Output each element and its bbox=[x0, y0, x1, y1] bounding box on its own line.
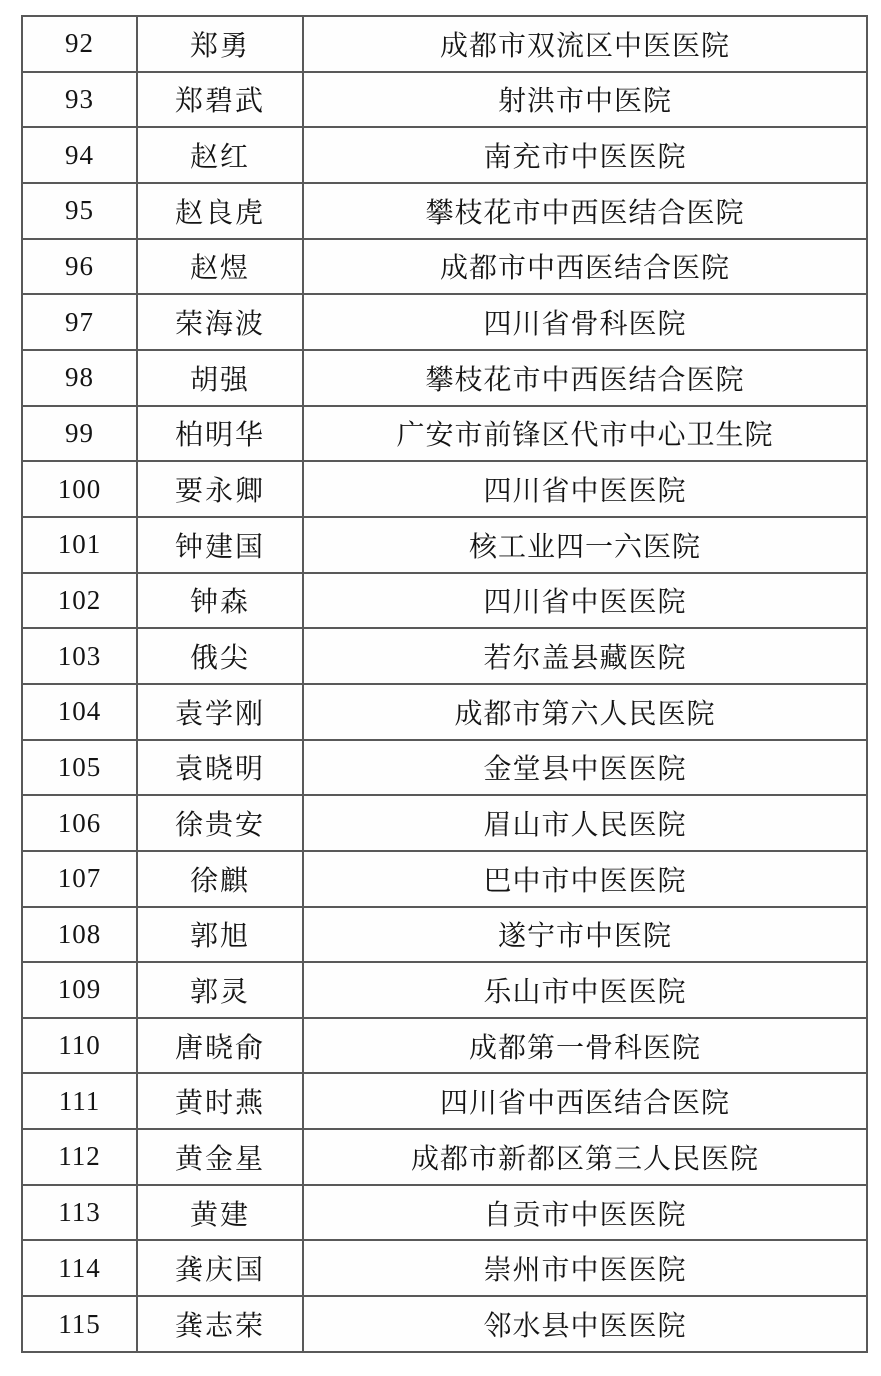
row-number-cell: 103 bbox=[22, 628, 137, 684]
table-row: 104 袁学刚 成都市第六人民医院 bbox=[22, 684, 867, 740]
table-row: 98 胡强 攀枝花市中西医结合医院 bbox=[22, 350, 867, 406]
name-cell: 郭旭 bbox=[137, 907, 303, 963]
name-cell: 郑勇 bbox=[137, 16, 303, 72]
row-number-cell: 109 bbox=[22, 962, 137, 1018]
table-row: 99 柏明华 广安市前锋区代市中心卫生院 bbox=[22, 406, 867, 462]
name-cell: 袁学刚 bbox=[137, 684, 303, 740]
row-number-cell: 96 bbox=[22, 239, 137, 295]
hospital-cell: 邻水县中医医院 bbox=[303, 1296, 867, 1352]
hospital-cell: 成都市第六人民医院 bbox=[303, 684, 867, 740]
row-number-cell: 93 bbox=[22, 72, 137, 128]
name-cell: 徐贵安 bbox=[137, 795, 303, 851]
row-number-cell: 115 bbox=[22, 1296, 137, 1352]
table-row: 94 赵红 南充市中医医院 bbox=[22, 127, 867, 183]
row-number-cell: 101 bbox=[22, 517, 137, 573]
row-number-cell: 97 bbox=[22, 294, 137, 350]
row-number-cell: 95 bbox=[22, 183, 137, 239]
hospital-cell: 成都市双流区中医医院 bbox=[303, 16, 867, 72]
hospital-cell: 金堂县中医医院 bbox=[303, 740, 867, 796]
table-row: 108 郭旭 遂宁市中医院 bbox=[22, 907, 867, 963]
name-cell: 袁晓明 bbox=[137, 740, 303, 796]
table-row: 114 龚庆国 崇州市中医医院 bbox=[22, 1240, 867, 1296]
row-number-cell: 106 bbox=[22, 795, 137, 851]
name-cell: 唐晓俞 bbox=[137, 1018, 303, 1074]
hospital-cell: 自贡市中医医院 bbox=[303, 1185, 867, 1241]
hospital-cell: 攀枝花市中西医结合医院 bbox=[303, 183, 867, 239]
table-row: 92 郑勇 成都市双流区中医医院 bbox=[22, 16, 867, 72]
row-number-cell: 112 bbox=[22, 1129, 137, 1185]
table-row: 113 黄建 自贡市中医医院 bbox=[22, 1185, 867, 1241]
hospital-cell: 核工业四一六医院 bbox=[303, 517, 867, 573]
name-cell: 荣海波 bbox=[137, 294, 303, 350]
name-cell: 郑碧武 bbox=[137, 72, 303, 128]
name-cell: 俄尖 bbox=[137, 628, 303, 684]
hospital-cell: 遂宁市中医院 bbox=[303, 907, 867, 963]
row-number-cell: 98 bbox=[22, 350, 137, 406]
hospital-cell: 四川省中医医院 bbox=[303, 573, 867, 629]
hospital-cell: 射洪市中医院 bbox=[303, 72, 867, 128]
hospital-cell: 广安市前锋区代市中心卫生院 bbox=[303, 406, 867, 462]
table-row: 115 龚志荣 邻水县中医医院 bbox=[22, 1296, 867, 1352]
name-cell: 黄时燕 bbox=[137, 1073, 303, 1129]
row-number-cell: 111 bbox=[22, 1073, 137, 1129]
row-number-cell: 110 bbox=[22, 1018, 137, 1074]
name-cell: 柏明华 bbox=[137, 406, 303, 462]
name-cell: 郭灵 bbox=[137, 962, 303, 1018]
hospital-cell: 四川省中西医结合医院 bbox=[303, 1073, 867, 1129]
table-row: 112 黄金星 成都市新都区第三人民医院 bbox=[22, 1129, 867, 1185]
table-row: 109 郭灵 乐山市中医医院 bbox=[22, 962, 867, 1018]
hospital-cell: 若尔盖县藏医院 bbox=[303, 628, 867, 684]
hospital-cell: 成都市中西医结合医院 bbox=[303, 239, 867, 295]
roster-table: 92 郑勇 成都市双流区中医医院 93 郑碧武 射洪市中医院 94 赵红 南充市… bbox=[21, 15, 868, 1353]
name-cell: 黄建 bbox=[137, 1185, 303, 1241]
hospital-cell: 南充市中医医院 bbox=[303, 127, 867, 183]
table-body: 92 郑勇 成都市双流区中医医院 93 郑碧武 射洪市中医院 94 赵红 南充市… bbox=[22, 16, 867, 1352]
table-row: 100 要永卿 四川省中医医院 bbox=[22, 461, 867, 517]
hospital-cell: 攀枝花市中西医结合医院 bbox=[303, 350, 867, 406]
name-cell: 钟建国 bbox=[137, 517, 303, 573]
row-number-cell: 100 bbox=[22, 461, 137, 517]
table-row: 110 唐晓俞 成都第一骨科医院 bbox=[22, 1018, 867, 1074]
page: 92 郑勇 成都市双流区中医医院 93 郑碧武 射洪市中医院 94 赵红 南充市… bbox=[0, 0, 881, 1376]
name-cell: 胡强 bbox=[137, 350, 303, 406]
name-cell: 赵红 bbox=[137, 127, 303, 183]
table-row: 101 钟建国 核工业四一六医院 bbox=[22, 517, 867, 573]
table-row: 111 黄时燕 四川省中西医结合医院 bbox=[22, 1073, 867, 1129]
hospital-cell: 四川省骨科医院 bbox=[303, 294, 867, 350]
name-cell: 徐麒 bbox=[137, 851, 303, 907]
name-cell: 龚庆国 bbox=[137, 1240, 303, 1296]
name-cell: 钟森 bbox=[137, 573, 303, 629]
table-row: 97 荣海波 四川省骨科医院 bbox=[22, 294, 867, 350]
name-cell: 龚志荣 bbox=[137, 1296, 303, 1352]
table-row: 93 郑碧武 射洪市中医院 bbox=[22, 72, 867, 128]
name-cell: 要永卿 bbox=[137, 461, 303, 517]
hospital-cell: 乐山市中医医院 bbox=[303, 962, 867, 1018]
row-number-cell: 113 bbox=[22, 1185, 137, 1241]
row-number-cell: 104 bbox=[22, 684, 137, 740]
row-number-cell: 107 bbox=[22, 851, 137, 907]
row-number-cell: 108 bbox=[22, 907, 137, 963]
hospital-cell: 成都第一骨科医院 bbox=[303, 1018, 867, 1074]
table-row: 95 赵良虎 攀枝花市中西医结合医院 bbox=[22, 183, 867, 239]
name-cell: 黄金星 bbox=[137, 1129, 303, 1185]
table-row: 105 袁晓明 金堂县中医医院 bbox=[22, 740, 867, 796]
table-row: 96 赵煜 成都市中西医结合医院 bbox=[22, 239, 867, 295]
table-row: 106 徐贵安 眉山市人民医院 bbox=[22, 795, 867, 851]
name-cell: 赵煜 bbox=[137, 239, 303, 295]
hospital-cell: 四川省中医医院 bbox=[303, 461, 867, 517]
table-row: 107 徐麒 巴中市中医医院 bbox=[22, 851, 867, 907]
hospital-cell: 崇州市中医医院 bbox=[303, 1240, 867, 1296]
row-number-cell: 105 bbox=[22, 740, 137, 796]
row-number-cell: 114 bbox=[22, 1240, 137, 1296]
row-number-cell: 99 bbox=[22, 406, 137, 462]
row-number-cell: 94 bbox=[22, 127, 137, 183]
row-number-cell: 102 bbox=[22, 573, 137, 629]
row-number-cell: 92 bbox=[22, 16, 137, 72]
hospital-cell: 巴中市中医医院 bbox=[303, 851, 867, 907]
table-row: 103 俄尖 若尔盖县藏医院 bbox=[22, 628, 867, 684]
table-row: 102 钟森 四川省中医医院 bbox=[22, 573, 867, 629]
hospital-cell: 成都市新都区第三人民医院 bbox=[303, 1129, 867, 1185]
hospital-cell: 眉山市人民医院 bbox=[303, 795, 867, 851]
name-cell: 赵良虎 bbox=[137, 183, 303, 239]
